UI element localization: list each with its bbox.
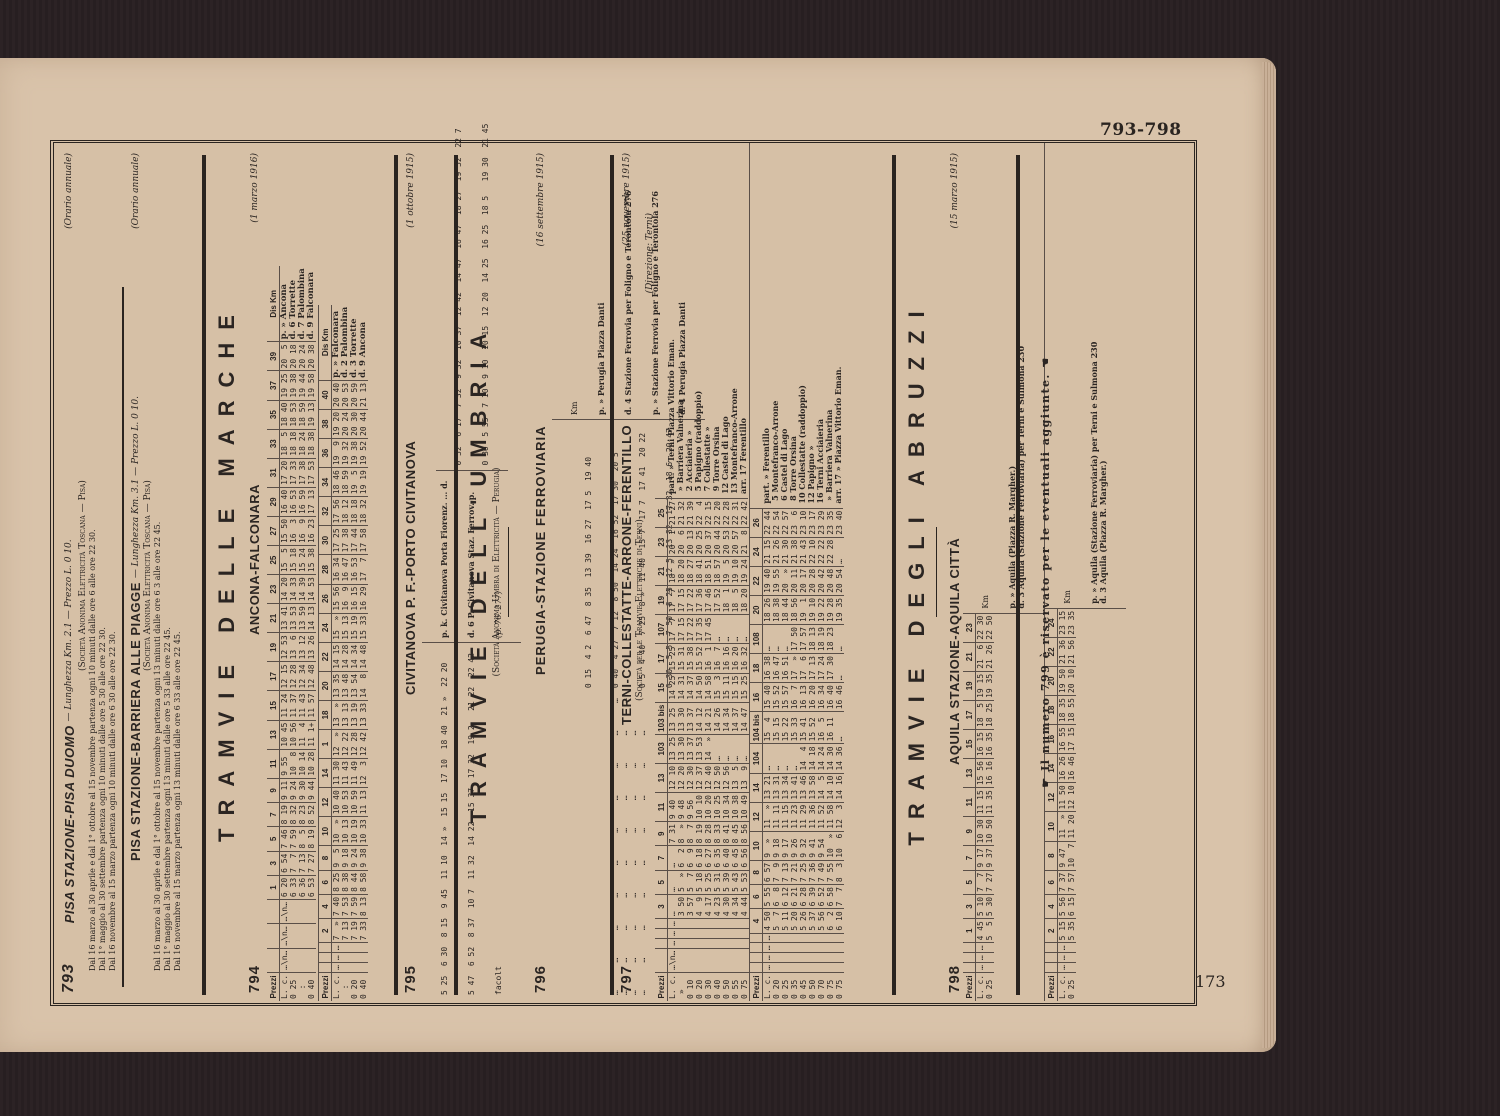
train-times: 5 55 6 8 6 12 6 21 6 28 6 39 6 52 6 58 7… (763, 885, 845, 909)
station: p. » Perugia Piazza Danti (597, 191, 606, 416)
train-number: 17 (963, 700, 976, 729)
train-times: 7 46 7 59 8 5 8 19 (280, 827, 317, 851)
train-times: 10 45 10 56 11 4 11 1+ (280, 720, 317, 749)
train-times: 7 » 7 13 7 19 7 33 (332, 919, 369, 943)
train-number: 23 (267, 575, 280, 604)
schedule-type: (Orario annuale) (64, 153, 74, 229)
train-number: 19 (655, 586, 668, 615)
train-times: 10 30 10 50 (976, 817, 995, 846)
train-times: 7 37 7 57 (1058, 870, 1077, 894)
train-number: 18 (750, 654, 763, 683)
train-times: 11 30 11 43 11 49 12 3 (332, 759, 369, 788)
timetable-down: Prezzi35791113103103 bis151710719212325 … (655, 499, 749, 1001)
train-times: … 6 2 6 9 6 18 6 27 6 35 6 40 6 45 6 56 (668, 846, 750, 870)
line-title: PISA STAZIONE-PISA DUOMO (62, 725, 77, 923)
train-number: 17 (655, 644, 668, 673)
train-times: 14 25 14 31 14 37 14 50 14 58 15 3 15 11… (668, 673, 750, 702)
train-number: 6 (750, 885, 763, 909)
line-title: AQUILA STAZIONE-AQUILA CITTÀ (947, 538, 962, 765)
train-number: 37 (267, 371, 280, 400)
train-times: 17 25 17 38 17 44 17 58 (332, 526, 369, 555)
note: Dal 16 novembre al 15 marzo partenza ogn… (173, 143, 183, 971)
divider (394, 155, 398, 995)
train-number: 104 bis (750, 712, 763, 744)
train-number: 103 (655, 734, 668, 763)
divider (1016, 155, 1020, 995)
train-number: 15 (267, 691, 280, 720)
train-times: 11 » 11 11 11 15 11 23 11 29 11 36 11 52… (763, 802, 845, 831)
train-number: 4 (750, 909, 763, 933)
train-number: 20 (750, 595, 763, 624)
stations-in: p. » Aquila (Stazione Ferroviaria) per T… (1090, 342, 1108, 604)
train-times: 15 40 15 52 15 57 16 7 16 13 16 20 16 34… (763, 683, 845, 712)
train-number: 7 (267, 803, 280, 827)
prices-header: Prezzi (267, 972, 280, 1001)
train-number: 3 (963, 894, 976, 918)
train-times: 13 35 13 48 13 54 14 8 (332, 671, 369, 700)
train-number: 104 (750, 744, 763, 773)
train-number: 35 (267, 400, 280, 429)
train-number: 15 (655, 673, 668, 702)
prices: L. c. » 0 10 0 20 0 30 0 40 0 50 0 55 0 … (668, 972, 750, 1001)
train-number: 21 (267, 604, 280, 633)
footer-note: ☛ Il numero 799 è riservato per le event… (1039, 143, 1052, 1001)
prices-header: Prezzi (319, 972, 332, 1001)
train-times: 11 » 11 20 (1058, 812, 1077, 841)
section-number: 794 (246, 965, 263, 993)
train-times: 9 55 10 8 10 14 10 28 (280, 749, 317, 778)
train-number: 3 (267, 851, 280, 875)
train-times: 17 20 17 33 17 38 17 53 (280, 458, 317, 487)
train-number: 25 (655, 499, 668, 528)
note: Dal 16 novembre al 15 marzo partenza ogn… (108, 143, 118, 971)
train-number: 26 (750, 509, 763, 538)
section-793: 793 PISA STAZIONE-PISA DUOMO — Lunghezza… (60, 143, 183, 1001)
train-times: 10 40 10 53 10 59 11 13 (332, 788, 369, 817)
train-times: 7 40 7 53 7 59 8 13 (332, 894, 369, 918)
train-number: 7 (963, 846, 976, 870)
train-number: 19 (267, 633, 280, 662)
train-number: 10 (750, 831, 763, 860)
train-number: 11 (655, 793, 668, 822)
train-number: 7 (655, 846, 668, 870)
train-times: 15 25 15 31 15 38 15 52 16 1 16 7 16 16 … (668, 644, 750, 673)
train-times: 12 » 12 22 12 28 12 42 (332, 729, 369, 758)
train-times: 4 50 5 7 5 11 5 20 5 26 5 37 5 56 6 2 6 … (763, 909, 845, 933)
train-number: 27 (267, 516, 280, 545)
train-number: 1 (267, 875, 280, 899)
train-times: 13 » 13 13 13 19 13 33 (332, 700, 369, 729)
train-times: 15 56 16 9 16 15 16 29 (332, 584, 369, 613)
divider (454, 155, 458, 995)
km-label: Km (981, 346, 990, 609)
stations: p. » Falconara d. 2 Palombina d. 3 Torre… (332, 305, 369, 381)
abruzzi-heading: TRAMVIE DEGLI ABRUZZI (904, 143, 937, 1001)
date: (1 marzo 1916) (250, 153, 260, 223)
train-number: 1 (963, 919, 976, 943)
train-times: 18 » 18 20 18 27 18 41 18 51 18 57 19 5 … (668, 557, 750, 586)
timetable-inbound: Prezzi2468101214118202224262830323436384… (318, 305, 368, 1001)
train-number: 8 (750, 860, 763, 884)
region-heading: TRAMVIE DELLE MARCHE (214, 302, 239, 842)
train-times: 23 15 23 35 (1058, 609, 1077, 638)
train-times: 12 53 13 6 13 12 13 26 (280, 633, 317, 662)
marche-heading: TRAMVIE DELLE MARCHE (214, 143, 240, 1001)
date: (25 novembre 1915) (622, 153, 632, 246)
umbria-heading: TRAMVIE DELL'UMBRIA (Società Anonima Umb… (466, 143, 509, 1001)
train-number: 5 (655, 870, 668, 894)
train-times: 16 15 16 35 (976, 729, 995, 758)
rotated-content: 793 PISA STAZIONE-PISA DUOMO — Lunghezza… (54, 143, 1188, 1001)
km-label: Km (570, 191, 579, 416)
timetable-outbound: Prezzi1357911131517192123252729313335373… (267, 266, 316, 1001)
line-title: TERNI-COLLESTATTE-ARRONE-FERENTILLO (619, 425, 634, 725)
line-title: PISA STAZIONE-BARRIERA ALLE PIAGGE (128, 582, 143, 861)
train-times: 17 56 18 12 18 18 18 32 (332, 497, 369, 526)
divider (936, 527, 937, 617)
train-times: 9 5 9 18 9 24 9 38 (332, 846, 369, 870)
train-times: 18 46 18 59 19 5 19 19 (332, 468, 369, 497)
train-times: 13 25 13 30 13 37 14 12 14 21 14 26 14 3… (668, 702, 750, 734)
train-times: … 5 » 5 7 5 18 5 25 5 31 5 39 5 43 5 53 (668, 870, 750, 894)
page-number: 173 (1195, 972, 1226, 991)
train-number: 23 (655, 528, 668, 557)
section-number: 798 (946, 965, 963, 993)
train-number: 11 (963, 788, 976, 817)
train-times: 15 4 15 15 15 22 15 33 15 41 15 52 16 5 … (763, 712, 845, 744)
dist-header: Dis Km (319, 305, 332, 381)
train-times: 16 40 16 53 16 59 17 13 (280, 487, 317, 516)
train-times: 11 15 11 35 (976, 788, 995, 817)
train-number: 6 (319, 870, 332, 894)
section-range-label: 793-798 (1100, 120, 1182, 140)
train-number: 32 (319, 497, 332, 526)
section-798: 798 AQUILA STAZIONE-AQUILA CITTÀ (15 mar… (946, 143, 1126, 1001)
train-times: 20 40 20 53 20 59 21 13 (332, 380, 369, 409)
train-number: 24 (750, 537, 763, 566)
date: (1 ottobre 1915) (406, 153, 416, 228)
train-times: 8 19 8 32 8 23 8 52 (280, 803, 317, 827)
stations: p. » Ancona d. 6 Torrette d. 7 Palombina… (280, 266, 317, 342)
train-number: 26 (319, 584, 332, 613)
train-number: 19 (963, 671, 976, 700)
train-number: 36 (319, 439, 332, 468)
train-times: 19 25 19 38 19 44 19 58 (280, 371, 317, 400)
train-number: 13 (267, 720, 280, 749)
train-times: 9 40 9 48 9 56 10 10 10 20 10 25 10 34 1… (668, 793, 750, 822)
train-times: 15 56 16 16 (976, 759, 995, 788)
train-number: 12 (750, 802, 763, 831)
train-number: 2 (319, 919, 332, 943)
line-title: ANCONA-FALCONARA (247, 484, 262, 635)
divider (202, 155, 206, 995)
line-title: PERUGIA-STAZIONE FERROVIARIA (533, 425, 548, 675)
train-times: 22 44 22 54 22 57 23 6 23 10 23 17 23 29… (763, 509, 845, 538)
company: (Società per le Tramvie Elettriche di Te… (635, 143, 645, 701)
section-number: 796 (532, 965, 549, 993)
divider (508, 527, 509, 617)
train-number: 34 (319, 468, 332, 497)
company: (Società Anonima Elettricità Toscana — P… (143, 143, 153, 671)
region-heading: TRAMVIE DEGLI ABRUZZI (904, 143, 930, 1001)
train-times: 16 55 17 15 (1058, 725, 1077, 754)
line-info: — Lunghezza Km. 2.1 — Prezzo L. 0 10. (64, 539, 74, 721)
section-number: 797 (618, 965, 635, 993)
train-number: 8 (319, 846, 332, 870)
divider (122, 287, 124, 987)
train-number: 21 (655, 557, 668, 586)
region-heading: TRAMVIE DELL'UMBRIA (466, 143, 492, 1001)
section-number: 795 (402, 965, 419, 993)
date: (15 marzo 1915) (950, 153, 960, 228)
train-times: 21 6 21 26 (976, 642, 995, 671)
train-number: 108 (750, 625, 763, 654)
train-number: 40 (319, 380, 332, 409)
train-times: 19 40 19 55 20 » 20 11 20 17 20 28 20 42… (763, 566, 845, 595)
train-times: 19 50 20 10 (1058, 666, 1077, 695)
train-times: 7 7 7 27 (976, 870, 995, 894)
train-times: 5 56 6 15 (1058, 894, 1077, 918)
train-number: 103 bis (655, 702, 668, 734)
timetable-up: Prezzi468101214104104 bis161810820222426… (750, 509, 844, 1001)
train-times: 14 15 14 28 14 34 14 48 (332, 642, 369, 671)
divider (892, 155, 896, 995)
company: (Società Anonima Umbra di Elettricità — … (492, 143, 502, 1001)
stations-down: part. » Terni Piazza Vittorio Eman. » Ba… (655, 339, 748, 499)
train-times: 17 7 17 15 17 22 17 35 17 45 … … … … (668, 615, 750, 644)
train-number: 20 (319, 671, 332, 700)
prices: L. c. 0 25 (976, 972, 995, 1001)
train-times: 8 25 8 38 8 44 8 58 (332, 870, 369, 894)
train-number: 39 (267, 342, 280, 371)
train-times: 21 15 21 26 21 30 21 38 21 43 22 10 22 2… (763, 537, 845, 566)
prices: L. c. : 0 20 0 40 (332, 972, 369, 1001)
train-times: 9 11 9 24 9 30 9 44 (280, 778, 317, 802)
prices: L. c. 0 20 0 25 0 35 0 45 0 50 0 70 0 75… (763, 972, 845, 1001)
train-number: 17 (267, 662, 280, 691)
times-row: 5 25 6 30 8 15 9 45 11 10 14 » 15 15 17 … (440, 653, 449, 995)
train-times: 12 10 12 20 12 30 12 37 12 40 12 50 12 5… (668, 763, 750, 792)
train-times: 21 27 21 32 21 39 22 4 22 15 22 20 22 28… (668, 499, 750, 528)
dist-header: Dis Km (267, 266, 280, 342)
train-times: 22 30 22 50 (976, 614, 995, 643)
train-number: 107 (655, 615, 668, 644)
train-times: 9 17 9 37 (976, 846, 995, 870)
train-times: … … … 17 50 17 57 18 13 18 19 18 23 … (763, 625, 845, 654)
train-times: 6 20 6 33 6 36 6 53 (280, 875, 317, 899)
note: Dal 16 marzo al 30 aprile e dal 1° ottob… (88, 143, 98, 971)
train-number: 15 (963, 729, 976, 758)
note: Dal 16 marzo al 30 aprile e dal 1° ottob… (153, 143, 163, 971)
train-number: 21 (963, 642, 976, 671)
train-number: 4 (319, 894, 332, 918)
train-number: 9 (267, 778, 280, 802)
train-number: 28 (319, 555, 332, 584)
train-number: 13 (655, 763, 668, 792)
times-row: 0 15 4 2 6 47 8 35 13 39 16 27 17 5 19 4… (584, 428, 593, 688)
train-times: 17 7 17 15 17 22 17 36 17 46 17 52 18 1 … (668, 586, 750, 615)
train-times: 11 24 11 37 11 43 11 57 (280, 691, 317, 720)
section-794: 794 ANCONA-FALCONARA (1 marzo 1916) Prez… (246, 143, 368, 1001)
train-times: … 3 50 3 57 4 9 4 17 4 23 4 30 4 34 4 44 (668, 894, 750, 918)
date: (16 settembre 1915) (536, 153, 546, 247)
train-number: 9 (963, 817, 976, 846)
train-times: 15 » 15 13 15 19 15 33 (332, 613, 369, 642)
train-number: 9 (655, 822, 668, 846)
train-number: 24 (319, 613, 332, 642)
train-times: 19 15 19 35 (976, 671, 995, 700)
train-number: 14 (750, 773, 763, 802)
train-times: 7 31 8 » 8 7 8 19 8 28 8 33 8 41 8 45 8 … (668, 822, 750, 846)
train-times: 6 57 7 9 7 13 7 21 7 25 7 36 7 49 7 55 8… (763, 860, 845, 884)
train-times: 9 47 10 7 (1058, 841, 1077, 870)
train-times: 21 36 21 56 (1058, 637, 1077, 666)
prices: L. c. 0 25 (1058, 972, 1077, 1001)
train-times: 14 20 14 33 14 39 14 53 (280, 575, 317, 604)
train-times: 20 5 20 18 20 24 20 38 (280, 342, 317, 371)
train-number: 5 (267, 827, 280, 851)
train-number: 10 (319, 817, 332, 846)
company: (Società Anonima Elettricità Toscana — P… (78, 143, 88, 671)
train-number: 13 (963, 759, 976, 788)
train-times: 16 34 16 47 16 53 17 7 (332, 555, 369, 584)
direction: (Direzione: Terni) (645, 213, 655, 1001)
timetable-frame: 793 PISA STAZIONE-PISA DUOMO — Lunghezza… (50, 140, 1197, 1006)
train-times: 18 35 18 55 (1058, 696, 1077, 725)
train-number: 25 (267, 546, 280, 575)
train-times: 20 1 20 6 20 13 20 25 20 37 20 44 20 53 … (668, 528, 750, 557)
prices: L. c. 0 25 : 0 40 (280, 972, 317, 1001)
train-times: 13 41 13 53 13 59 14 13 (280, 604, 317, 633)
stations-up: part. » Ferentillo 5 Montefranco-Arrone … (750, 367, 843, 509)
train-times: 19 20 20 24 20 30 20 44 (332, 409, 369, 438)
train-number: 11 (267, 749, 280, 778)
train-times: 11 50 12 10 (1058, 783, 1077, 812)
train-number: 30 (319, 526, 332, 555)
train-times: 5 10 5 30 (976, 894, 995, 918)
section-number: 793 (60, 963, 78, 993)
train-times: 13 21 13 31 13 34 13 41 13 46 13 58 14 5… (763, 773, 845, 802)
section-797: 797 TERNI-COLLESTATTE-ARRONE-FERENTILLO … (618, 143, 844, 1001)
train-times: 15 5 15 18 15 24 15 38 (280, 546, 317, 575)
train-times: 18 5 18 25 (976, 700, 995, 729)
train-times: 10 » 10 13 10 19 10 33 (332, 817, 369, 846)
train-times: 12 15 12 28 12 34 12 48 (280, 662, 317, 691)
line-info: — Lunghezza Km. 3.1 — Prezzo L. 0 10. (131, 396, 141, 578)
train-times: 18 40 18 53 18 59 19 13 (280, 400, 317, 429)
train-number: 22 (319, 642, 332, 671)
train-times: 5 15 5 35 (1058, 919, 1077, 943)
train-number: 5 (963, 870, 976, 894)
train-times: 4 45 5 5 (976, 919, 995, 943)
prices-header: Prezzi (963, 972, 976, 1001)
train-number: 31 (267, 458, 280, 487)
line-title: CIVITANOVA P. F.-PORTO CIVITANOVA (403, 441, 418, 695)
note: Dal 1° maggio al 30 settembre partenza o… (163, 143, 173, 971)
train-number: 33 (267, 429, 280, 458)
train-times: … … … … 14 4 14 18 14 24 14 30 14 36 (763, 744, 845, 773)
train-number: 12 (319, 788, 332, 817)
train-times: 9 » 9 18 9 17 9 26 9 32 9 41 9 54 10 » 1… (763, 831, 845, 860)
station: p. k. Civitanova Porta Fiorenz. … d. (440, 481, 449, 639)
train-number: 29 (267, 487, 280, 516)
train-times: 13 25 13 30 13 37 13 53 14 » … … … … (668, 734, 750, 763)
schedule-type: (Orario annuale) (131, 153, 141, 229)
train-times: 19 9 19 32 19 38 19 52 (332, 439, 369, 468)
km-label: Km (1063, 342, 1072, 604)
train-times: 18 5 18 18 18 24 18 38 (280, 429, 317, 458)
train-number: 18 (319, 700, 332, 729)
train-number: 16 (750, 683, 763, 712)
train-times: 16 38 16 47 16 51 17 » 17 6 17 13 17 24 … (763, 654, 845, 683)
train-number: 14 (319, 759, 332, 788)
train-times: 15 50 16 3 16 9 16 23 (280, 516, 317, 545)
note: Dal 1° maggio al 30 settembre partenza o… (98, 143, 108, 971)
train-times: 6 54 7 7 7 13 7 27 (280, 851, 317, 875)
divider (610, 155, 614, 995)
train-number: 38 (319, 409, 332, 438)
train-times: 16 26 16 46 (1058, 754, 1077, 783)
train-number: 3 (655, 894, 668, 918)
page-edge (1262, 62, 1276, 1048)
train-times: 18 26 18 38 18 44 18 56 19 1 19 10 19 22… (763, 595, 845, 624)
train-number: 23 (963, 614, 976, 643)
timetable-out: Prezzi1357911131517192123 L. c. 0 25………4… (963, 614, 994, 1001)
train-number: 22 (750, 566, 763, 595)
train-number: 1 (319, 729, 332, 758)
